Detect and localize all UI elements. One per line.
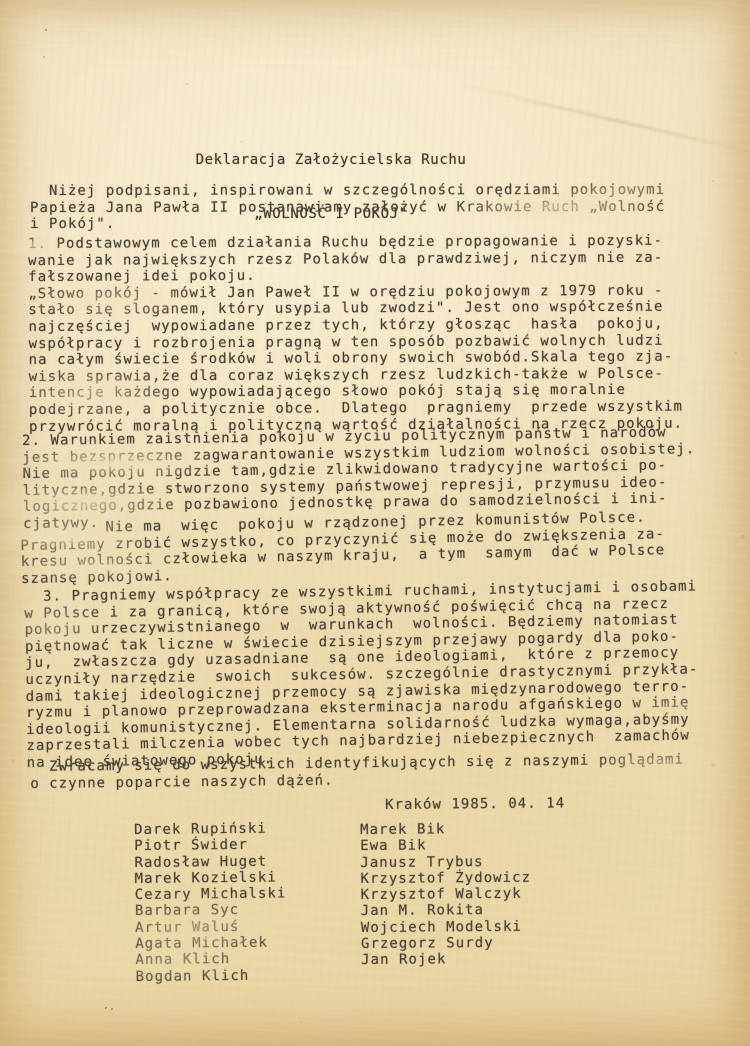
signature-name: Jan Rojek: [361, 951, 532, 969]
signature-name: Darek Rupiński: [134, 820, 286, 838]
paragraph-point-2-continuation: Nie ma więc pokoju w rządzonej przez kom…: [20, 509, 666, 587]
signature-name: Artur Waluś: [135, 918, 287, 936]
signature-name: Jan M. Rokita: [361, 902, 532, 920]
scanned-document-page: Deklaracja Założycielska Ruchu „WOLNOŚĆ …: [0, 0, 750, 1046]
signature-name: Wojciech Modelski: [361, 918, 532, 936]
signature-name: Anna Klich: [135, 951, 287, 969]
paragraph-appeal: Zwracamy się do wszystkich identyfikując…: [30, 752, 684, 793]
signature-name: Piotr Świder: [134, 837, 286, 855]
document-title-line1: Deklaracja Założycielska Ruchu: [0, 152, 662, 169]
signature-name: Marek Bik: [360, 821, 531, 839]
paragraph-point-1: 1. Podstawowym celem działania Ruchu będ…: [28, 233, 683, 436]
dateline: Kraków 1985. 04. 14: [385, 795, 565, 813]
signature-column-right: Marek BikEwa BikJanusz TrybusKrzysztof Ż…: [360, 821, 532, 969]
signature-name: Krzysztof Walczyk: [361, 886, 532, 904]
paper-specks: [0, 0, 2, 2]
signature-name: Radosław Huget: [134, 853, 286, 871]
signature-name: Marek Kozielski: [135, 869, 287, 887]
signature-name: Bogdan Klich: [136, 967, 288, 985]
signature-name: Agata Michałek: [135, 934, 287, 952]
signature-name: Ewa Bik: [360, 837, 531, 855]
signature-name: Barbara Syc: [135, 902, 287, 920]
signature-name: Krzysztof Żydowicz: [360, 870, 531, 888]
paragraph-intro: Niżej podpisani, inspirowani w szczególn…: [30, 182, 665, 233]
paragraph-point-3: 3. Pragniemy współpracy ze wszystkimi ru…: [24, 578, 700, 771]
signature-column-left: Darek RupińskiPiotr ŚwiderRadosław Huget…: [134, 820, 287, 985]
signature-name: Grzegorz Surdy: [361, 935, 532, 953]
signature-name: Cezary Michalski: [135, 886, 287, 904]
signature-name: Janusz Trybus: [360, 853, 531, 871]
